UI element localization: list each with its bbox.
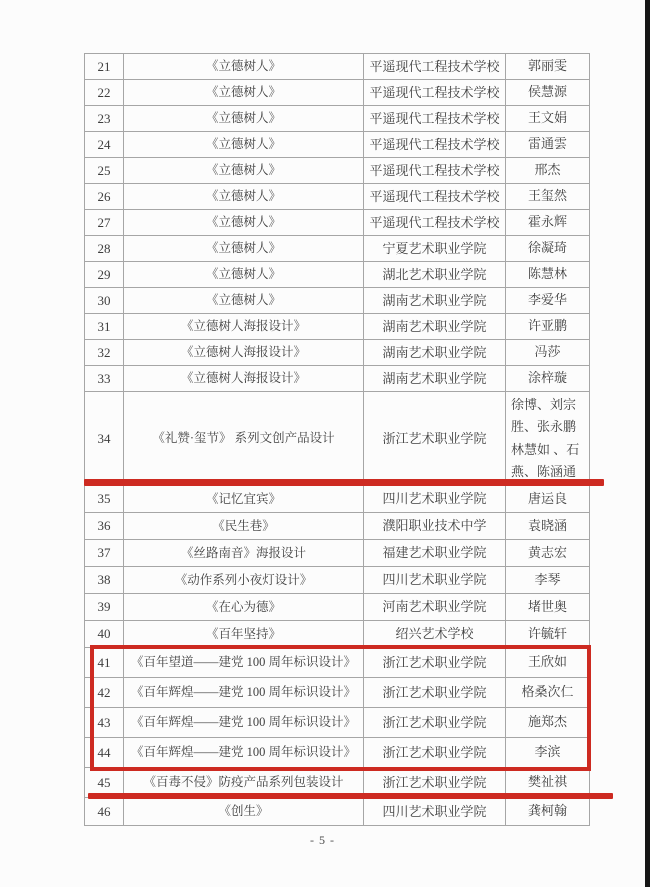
cell-title: 《立德树人》 [124,210,364,236]
cell-author: 李爱华 [506,288,590,314]
cell-school: 平遥现代工程技术学校 [364,210,506,236]
cell-title: 《立德树人海报设计》 [124,366,364,392]
cell-no: 29 [85,262,124,288]
cell-author: 堵世奥 [506,594,590,621]
cell-author: 李琴 [506,567,590,594]
cell-school: 平遥现代工程技术学校 [364,132,506,158]
cell-no: 33 [85,366,124,392]
cell-author: 陈慧林 [506,262,590,288]
cell-author: 雷通雲 [506,132,590,158]
cell-title: 《礼赞·玺节》 系列文创产品设计 [124,392,364,486]
cell-no: 32 [85,340,124,366]
cell-no: 39 [85,594,124,621]
cell-author: 徐博、刘宗胜、张永鹏林慧如 、石燕、陈涵通 [506,392,590,486]
cell-school: 宁夏艺术职业学院 [364,236,506,262]
cell-no: 37 [85,540,124,567]
cell-author: 郭丽雯 [506,54,590,80]
red-underline-row45 [88,793,613,799]
cell-author: 王玺然 [506,184,590,210]
cell-title: 《立德树人海报设计》 [124,314,364,340]
cell-author: 许毓轩 [506,621,590,648]
cell-school: 四川艺术职业学院 [364,567,506,594]
cell-school: 四川艺术职业学院 [364,798,506,826]
cell-no: 22 [85,80,124,106]
cell-no: 38 [85,567,124,594]
cell-author: 徐凝琦 [506,236,590,262]
cell-title: 《民生巷》 [124,513,364,540]
cell-school: 福建艺术职业学院 [364,540,506,567]
cell-school: 平遥现代工程技术学校 [364,158,506,184]
cell-title: 《创生》 [124,798,364,826]
cell-title: 《立德树人海报设计》 [124,340,364,366]
cell-title: 《立德树人》 [124,106,364,132]
cell-no: 40 [85,621,124,648]
cell-title: 《立德树人》 [124,80,364,106]
cell-author: 唐运良 [506,486,590,513]
cell-author: 冯莎 [506,340,590,366]
cell-title: 《立德树人》 [124,288,364,314]
cell-author: 霍永辉 [506,210,590,236]
cell-school: 湖北艺术职业学院 [364,262,506,288]
cell-title: 《立德树人》 [124,262,364,288]
cell-no: 35 [85,486,124,513]
cell-title: 《立德树人》 [124,236,364,262]
cell-author: 涂梓璇 [506,366,590,392]
cell-no: 26 [85,184,124,210]
cell-title: 《立德树人》 [124,184,364,210]
cell-title: 《动作系列小夜灯设计》 [124,567,364,594]
cell-school: 湖南艺术职业学院 [364,288,506,314]
cell-author: 龚柯翰 [506,798,590,826]
cell-school: 湖南艺术职业学院 [364,340,506,366]
cell-author: 侯慧源 [506,80,590,106]
cell-title: 《百年坚持》 [124,621,364,648]
cell-author: 黄志宏 [506,540,590,567]
cell-title: 《在心为德》 [124,594,364,621]
cell-no: 24 [85,132,124,158]
red-underline-row34 [84,479,604,486]
cell-no: 27 [85,210,124,236]
cell-author: 邢杰 [506,158,590,184]
cell-no: 21 [85,54,124,80]
cell-author: 许亚鹏 [506,314,590,340]
cell-title: 《立德树人》 [124,158,364,184]
cell-title: 《立德树人》 [124,132,364,158]
cell-title: 《记忆宜宾》 [124,486,364,513]
cell-title: 《立德树人》 [124,54,364,80]
cell-no: 23 [85,106,124,132]
cell-school: 河南艺术职业学院 [364,594,506,621]
red-highlight-box-rows41-44 [90,645,591,771]
cell-school: 四川艺术职业学院 [364,486,506,513]
cell-no: 31 [85,314,124,340]
cell-no: 46 [85,798,124,826]
cell-school: 平遥现代工程技术学校 [364,80,506,106]
cell-school: 湖南艺术职业学院 [364,366,506,392]
cell-school: 平遥现代工程技术学校 [364,106,506,132]
cell-no: 36 [85,513,124,540]
cell-no: 30 [85,288,124,314]
scan-edge [645,0,650,887]
cell-school: 平遥现代工程技术学校 [364,184,506,210]
cell-author: 王文娟 [506,106,590,132]
cell-no: 25 [85,158,124,184]
cell-school: 濮阳职业技术中学 [364,513,506,540]
cell-author: 袁晓涵 [506,513,590,540]
cell-no: 34 [85,392,124,486]
cell-title: 《丝路南音》海报设计 [124,540,364,567]
page-number: - 5 - [0,833,645,848]
cell-school: 浙江艺术职业学院 [364,392,506,486]
cell-school: 湖南艺术职业学院 [364,314,506,340]
cell-school: 绍兴艺术学校 [364,621,506,648]
cell-school: 平遥现代工程技术学校 [364,54,506,80]
cell-no: 28 [85,236,124,262]
